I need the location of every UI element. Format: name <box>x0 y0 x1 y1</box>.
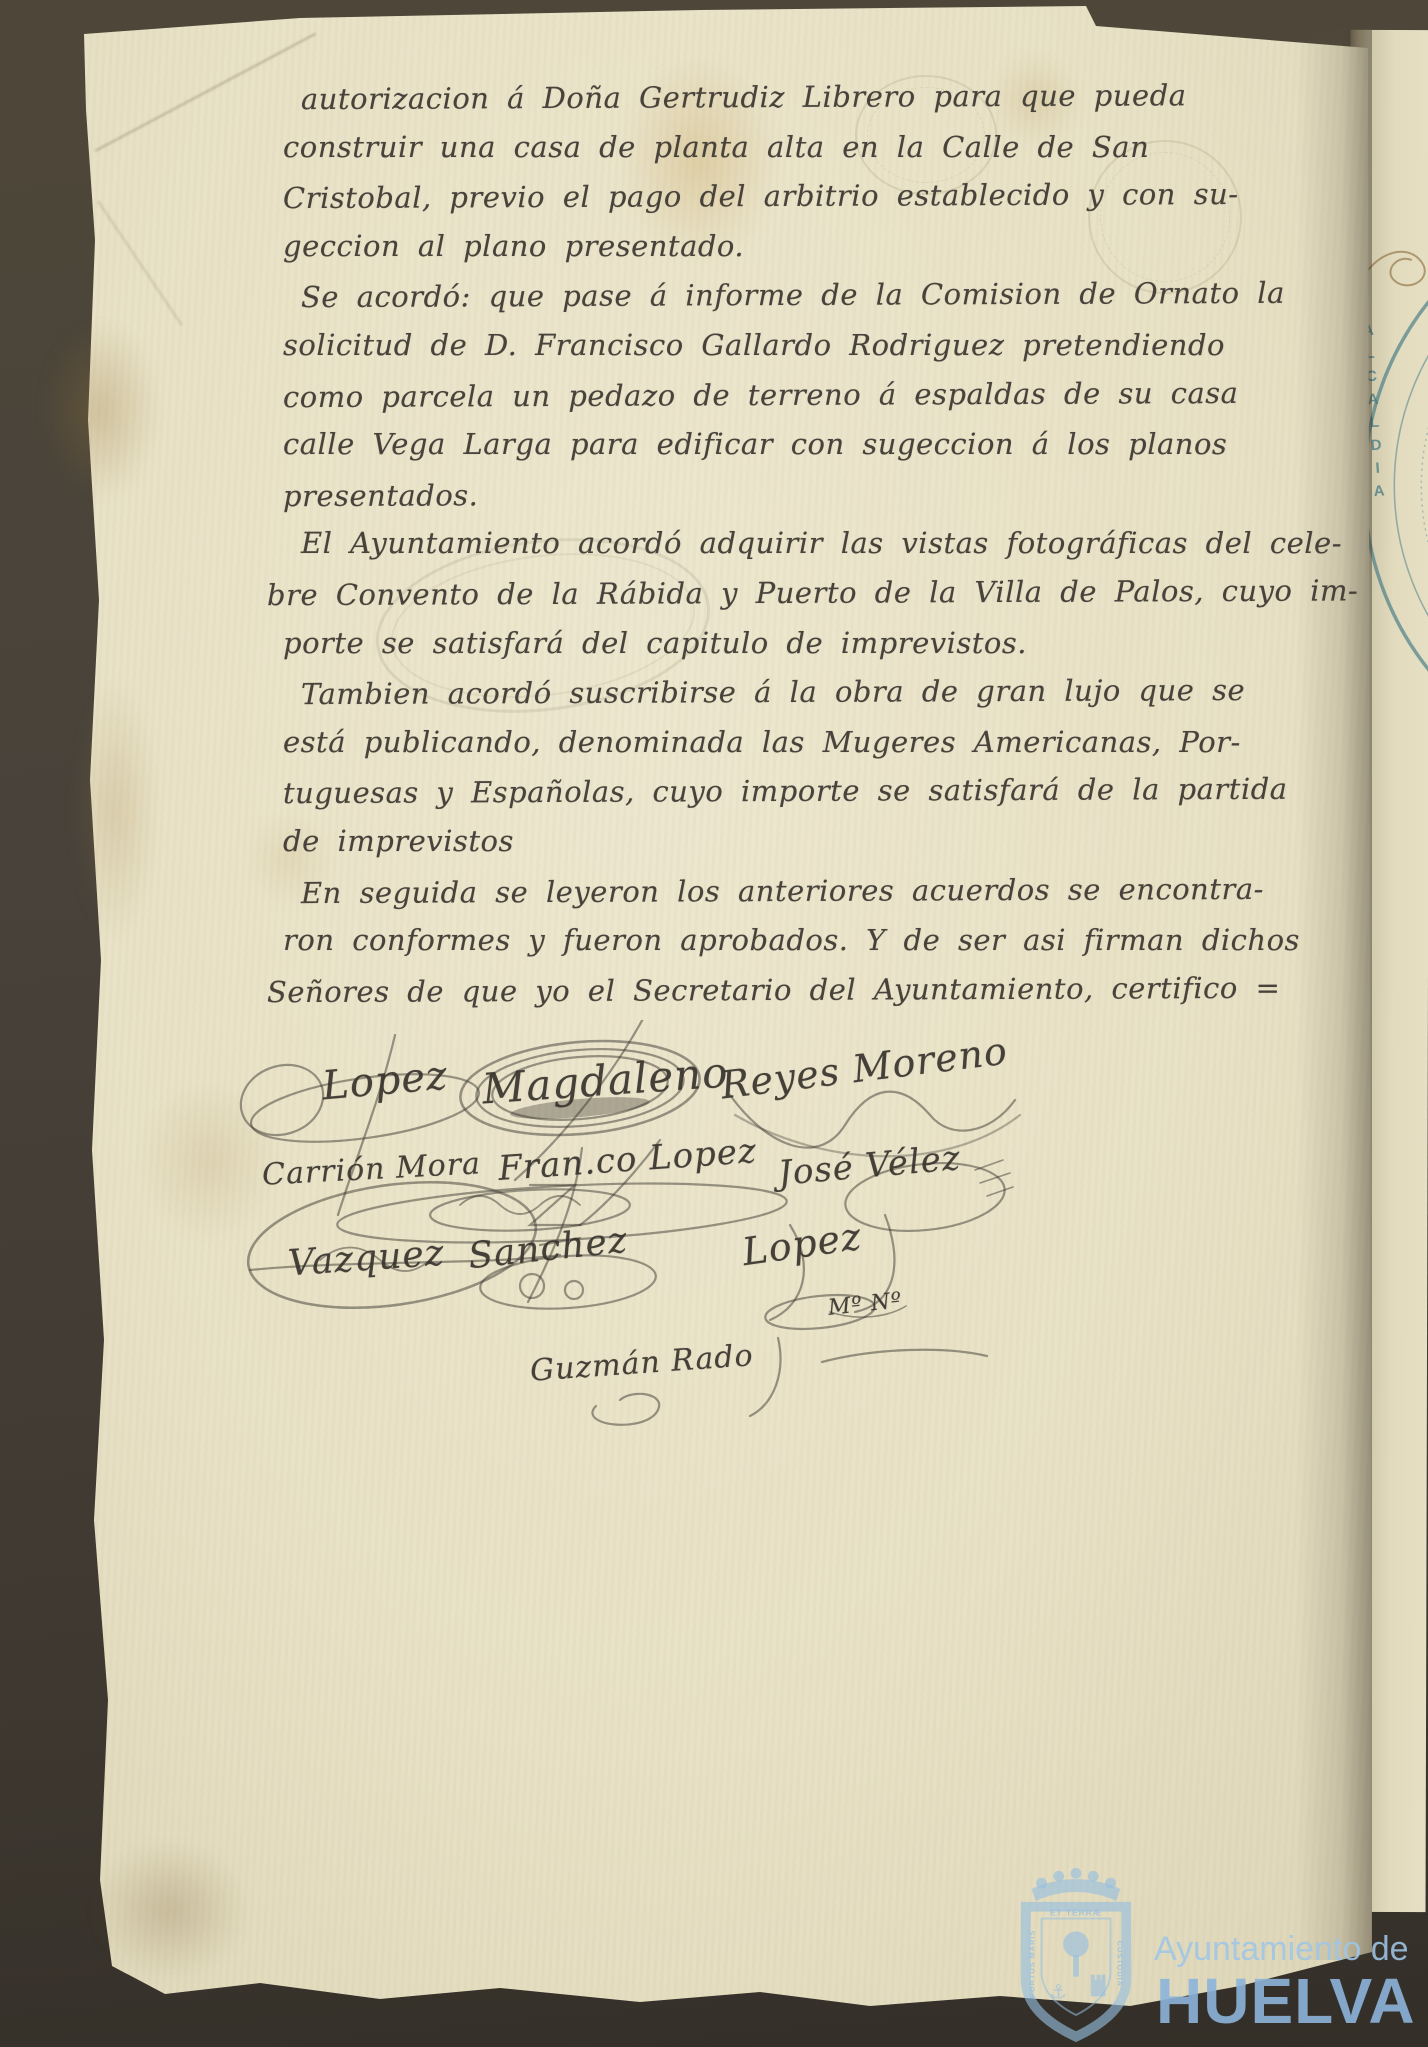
manuscript-line: construir una casa de planta alta en la … <box>283 130 1268 180</box>
watermark-city-name: HUELVA <box>1156 1964 1416 2038</box>
huelva-coat-of-arms-icon: ⚓ ET TERRÆ PORTUS MARIS CUSTODIA <box>1012 1860 1140 2047</box>
gutter-shadow <box>1296 30 1372 1960</box>
manuscript-line: tuguesas y Españolas, cuyo importe se sa… <box>283 772 1268 826</box>
manuscript-line: autorizacion á Doña Gertrudiz Librero pa… <box>301 78 1268 132</box>
manuscript-line: de imprevistos <box>283 824 1268 874</box>
manuscript-line: Tambien acordó suscribirse á la obra de … <box>301 673 1268 727</box>
paper-stain <box>70 680 160 940</box>
manuscript-line: ron conformes y fueron aprobados. Y de s… <box>283 923 1268 973</box>
manuscript-line: calle Vega Larga para edificar con sugec… <box>283 427 1268 477</box>
manuscript-line: Señores de que yo el Secretario del Ayun… <box>267 971 1268 1025</box>
paper-stain <box>40 320 160 500</box>
manuscript-line: como parcela un pedazo de terreno á espa… <box>283 375 1268 429</box>
manuscript-line: Cristobal, previo el pago del arbitrio e… <box>283 177 1268 231</box>
paper-stain <box>90 1840 250 1980</box>
huelva-watermark: ⚓ ET TERRÆ PORTUS MARIS CUSTODIA Ayuntam… <box>1012 1860 1428 2047</box>
svg-text:PORTUS MARIS: PORTUS MARIS <box>1028 1930 1037 1998</box>
manuscript-line: En seguida se leyeron los anteriores acu… <box>301 871 1268 925</box>
manuscript-line: geccion al plano presentado. <box>283 229 1268 279</box>
manuscript-line: porte se satisfará del capitulo de impre… <box>283 626 1268 676</box>
scanned-manuscript-page: ALCALDIA autorizacion á Doña Gertrudiz L… <box>0 0 1428 2047</box>
manuscript-line: bre Convento de la Rábida y Puerto de la… <box>267 574 1268 628</box>
manuscript-line: está publicando, denominada las Mugeres … <box>283 725 1268 775</box>
manuscript-line: Se acordó: que pase á informe de la Comi… <box>301 276 1268 330</box>
svg-text:⚓: ⚓ <box>1049 1980 1067 2003</box>
svg-text:ET TERRÆ: ET TERRÆ <box>1050 1908 1102 1918</box>
manuscript-text-block: autorizacion á Doña Gertrudiz Librero pa… <box>283 80 1268 1022</box>
manuscript-line: presentados. <box>283 475 1268 529</box>
manuscript-line: El Ayuntamiento acordó adquirir las vist… <box>301 526 1268 576</box>
svg-text:CUSTODIA: CUSTODIA <box>1115 1941 1124 1987</box>
manuscript-line: solicitud de D. Francisco Gallardo Rodri… <box>283 328 1268 378</box>
